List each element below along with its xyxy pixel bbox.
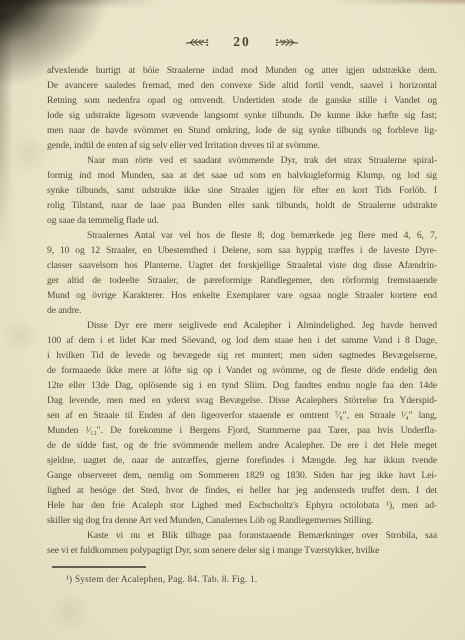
text-line: de formaaede ikke mere at löfte sig op i… <box>47 363 437 378</box>
page-number: 20 <box>233 34 251 50</box>
text-line: Munden ¹⁄₁₂″. De forekomme i Bergens Fjo… <box>47 423 437 438</box>
text-line: Mund og övrige Karakterer. Hos enkelte E… <box>47 288 437 303</box>
text-line: lode sig udstrakte ligesom svævende lang… <box>47 108 437 123</box>
page-header: 20 <box>47 31 437 53</box>
text-line: men naar de havde svömmet en Stund omkri… <box>47 123 437 138</box>
foxing-stain <box>48 595 92 629</box>
scan-edge-shadow-top-right <box>325 0 465 6</box>
text-line: Dag levende, men med en yderst svag Bevæ… <box>47 393 437 408</box>
scan-edge-shadow-left <box>0 0 13 320</box>
text-line: 9, 10 og 12 Straaler, en Ubestemthed i D… <box>47 243 437 258</box>
text-line: Gange observeret dem, nemlig om Sommeren… <box>47 468 437 483</box>
text-line: Naar man rörte ved et saadant svömmende … <box>47 153 437 168</box>
text-line: gende, indtil de enten af sig selv eller… <box>47 138 437 153</box>
paragraph: afvexlende hurtigt at böie Straalerne in… <box>47 63 437 153</box>
fleuron-sprig-right-icon <box>275 37 299 48</box>
text-line: afvexlende hurtigt at böie Straalerne in… <box>47 63 437 78</box>
text-line: ger altid de todeelte Straaler, de pæref… <box>47 273 437 288</box>
paragraph: Disse Dyr ere mere seiglivede end Acalep… <box>47 318 437 528</box>
foxing-stain <box>2 315 36 355</box>
text-line: de andre. <box>47 303 437 318</box>
text-line: 12te eller 13de Dag, oplösende sig i en … <box>47 378 437 393</box>
text-line: Kaste vi nu et Blik tilbage paa foransta… <box>47 528 437 543</box>
text-line: og saae da temmelig flade ud. <box>47 213 437 228</box>
text-line: sjeldne, uagtet de, naar de antræffes, g… <box>47 453 437 468</box>
scanned-book-page: 20 afvexlende hurtigt at böie Straalerne… <box>0 0 465 640</box>
text-line: skiller sig dog fra denne Art ved Munden… <box>47 513 437 528</box>
text-line: 100 af dem i et lidet Kar med Söevand, o… <box>47 333 437 348</box>
text-line: lighed at besöge det Sted, hvor de finde… <box>47 483 437 498</box>
footnote-text: ¹) System der Acalephen, Pag. 84. Tab. 8… <box>66 573 426 587</box>
paragraph: Straalernes Antal var vel hos de fleste … <box>47 228 437 318</box>
paragraph: Naar man rörte ved et saadant svömmende … <box>47 153 437 228</box>
text-block: afvexlende hurtigt at böie Straalerne in… <box>47 63 437 558</box>
text-line: rolig Tilstand, naar de laae paa Bunden … <box>47 198 437 213</box>
foxing-stain <box>8 130 48 176</box>
scan-edge-shadow-top <box>0 0 160 9</box>
text-line: see vi et fuldkommen polypagtigt Dyr, so… <box>47 543 437 558</box>
text-line: Retning som nedenfra opad og omvendt. Un… <box>47 93 437 108</box>
footnote-rule <box>52 566 146 568</box>
text-line: de de sidde fast, og de frie svömmende m… <box>47 438 437 453</box>
text-line: synke tilbunds, samt udstrakte ikke sine… <box>47 183 437 198</box>
text-line: De avancere saaledes fremad, med den con… <box>47 78 437 93</box>
fleuron-sprig-left-icon <box>185 37 209 48</box>
text-line: Straalernes Antal var vel hos de fleste … <box>47 228 437 243</box>
text-line: i hvilken Tid de levede og bevægede sig … <box>47 348 437 363</box>
text-line: Hele har den frie Acaleph stor Lighed me… <box>47 498 437 513</box>
paragraph: Kaste vi nu et Blik tilbage paa foransta… <box>47 528 437 558</box>
text-line: classer saavelsom hos Planterne. Uagtet … <box>47 258 437 273</box>
text-line: formig ind mod Munden, saa at det saae u… <box>47 168 437 183</box>
text-line: Disse Dyr ere mere seiglivede end Acalep… <box>47 318 437 333</box>
text-line: sen af en Straale til Enden af den ligeo… <box>47 408 437 423</box>
